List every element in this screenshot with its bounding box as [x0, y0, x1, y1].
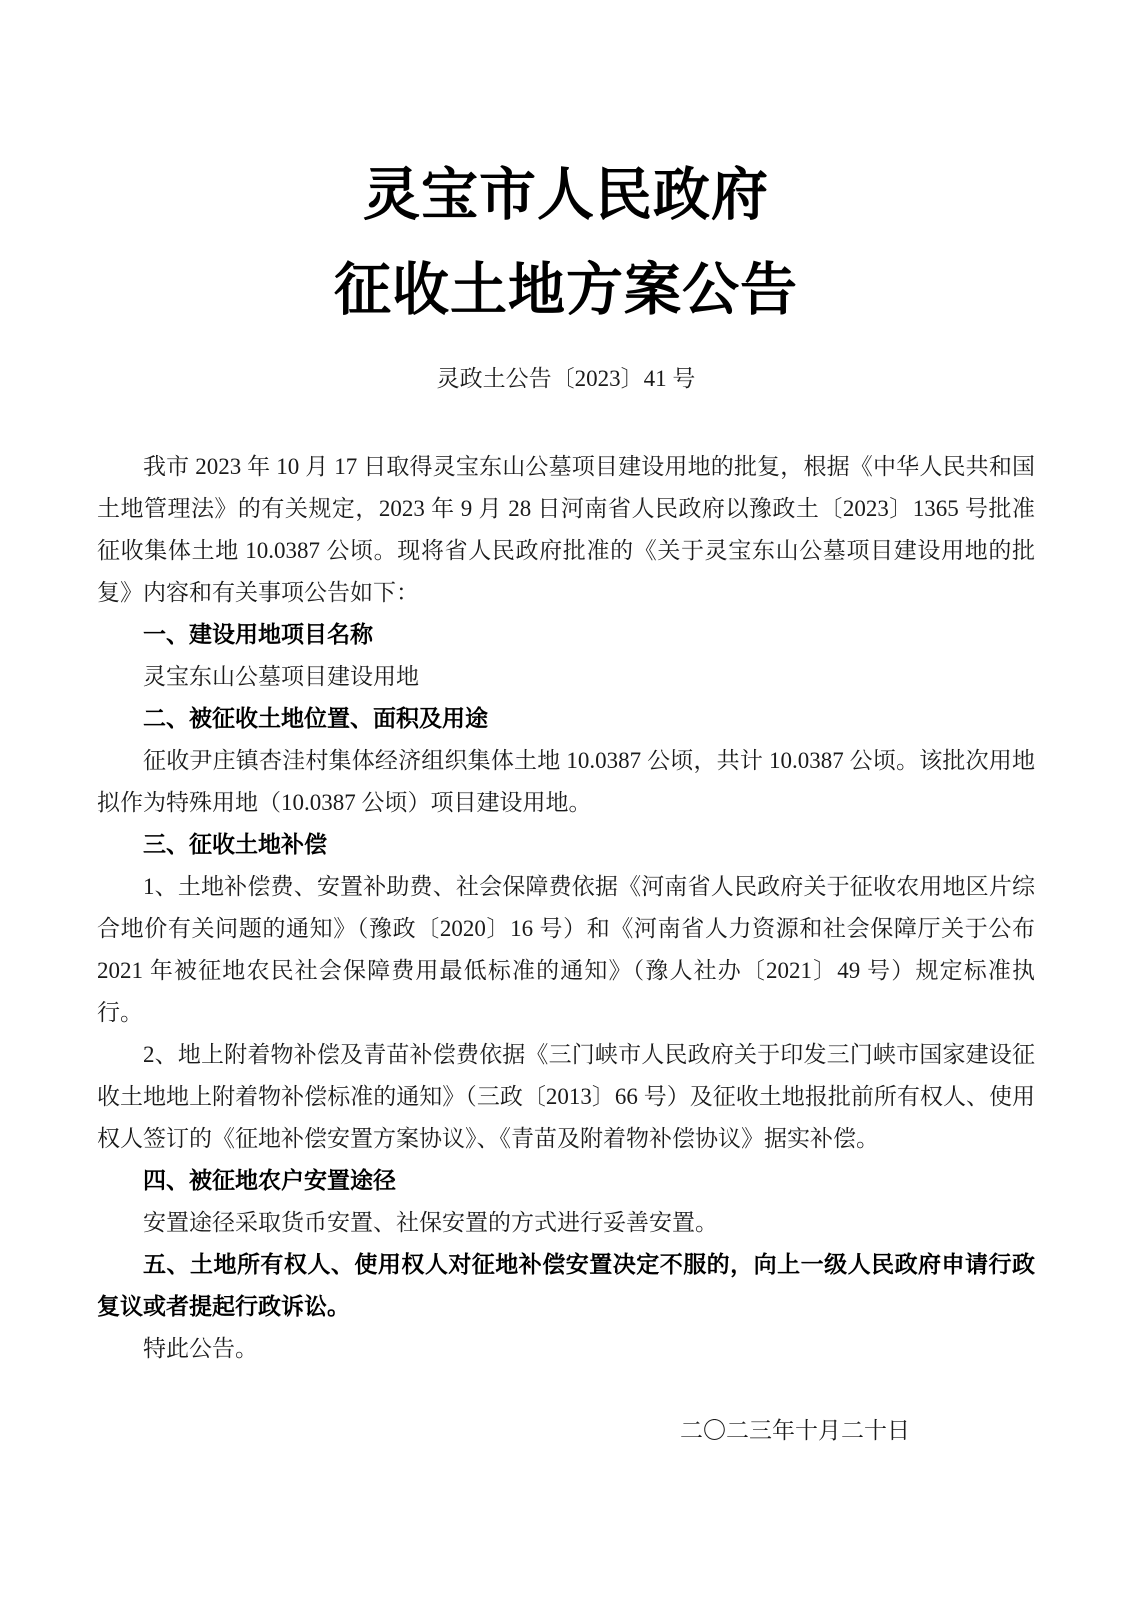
paragraph-compensation-2: 2、地上附着物补偿及青苗补偿费依据《三门峡市人民政府关于印发三门峡市国家建设征收…	[97, 1034, 1035, 1160]
doc-number: 灵政土公告〔2023〕41 号	[97, 364, 1035, 394]
paragraph-project-name: 灵宝东山公墓项目建设用地	[97, 656, 1035, 698]
paragraph-resettlement: 安置途径采取货币安置、社保安置的方式进行妥善安置。	[97, 1202, 1035, 1244]
paragraph-intro: 我市 2023 年 10 月 17 日取得灵宝东山公墓项目建设用地的批复，根据《…	[97, 446, 1035, 614]
title-line-1: 灵宝市人民政府	[97, 148, 1035, 243]
date-line: 二〇二三年十月二十日	[97, 1410, 1035, 1452]
section-heading-4: 四、被征地农户安置途径	[97, 1160, 1035, 1202]
document-title: 灵宝市人民政府 征收土地方案公告	[97, 148, 1035, 338]
section-heading-2: 二、被征收土地位置、面积及用途	[97, 698, 1035, 740]
paragraph-compensation-1: 1、土地补偿费、安置补助费、社会保障费依据《河南省人民政府关于征收农用地区片综合…	[97, 866, 1035, 1034]
section-heading-5: 五、土地所有权人、使用权人对征地补偿安置决定不服的，向上一级人民政府申请行政复议…	[97, 1244, 1035, 1328]
document-page: 灵宝市人民政府 征收土地方案公告 灵政土公告〔2023〕41 号 我市 2023…	[0, 0, 1131, 1600]
closing-line: 特此公告。	[97, 1328, 1035, 1370]
paragraph-land-location: 征收尹庄镇杏洼村集体经济组织集体土地 10.0387 公顷，共计 10.0387…	[97, 740, 1035, 824]
title-line-2: 征收土地方案公告	[97, 243, 1035, 338]
section-heading-1: 一、建设用地项目名称	[97, 614, 1035, 656]
section-heading-3: 三、征收土地补偿	[97, 824, 1035, 866]
